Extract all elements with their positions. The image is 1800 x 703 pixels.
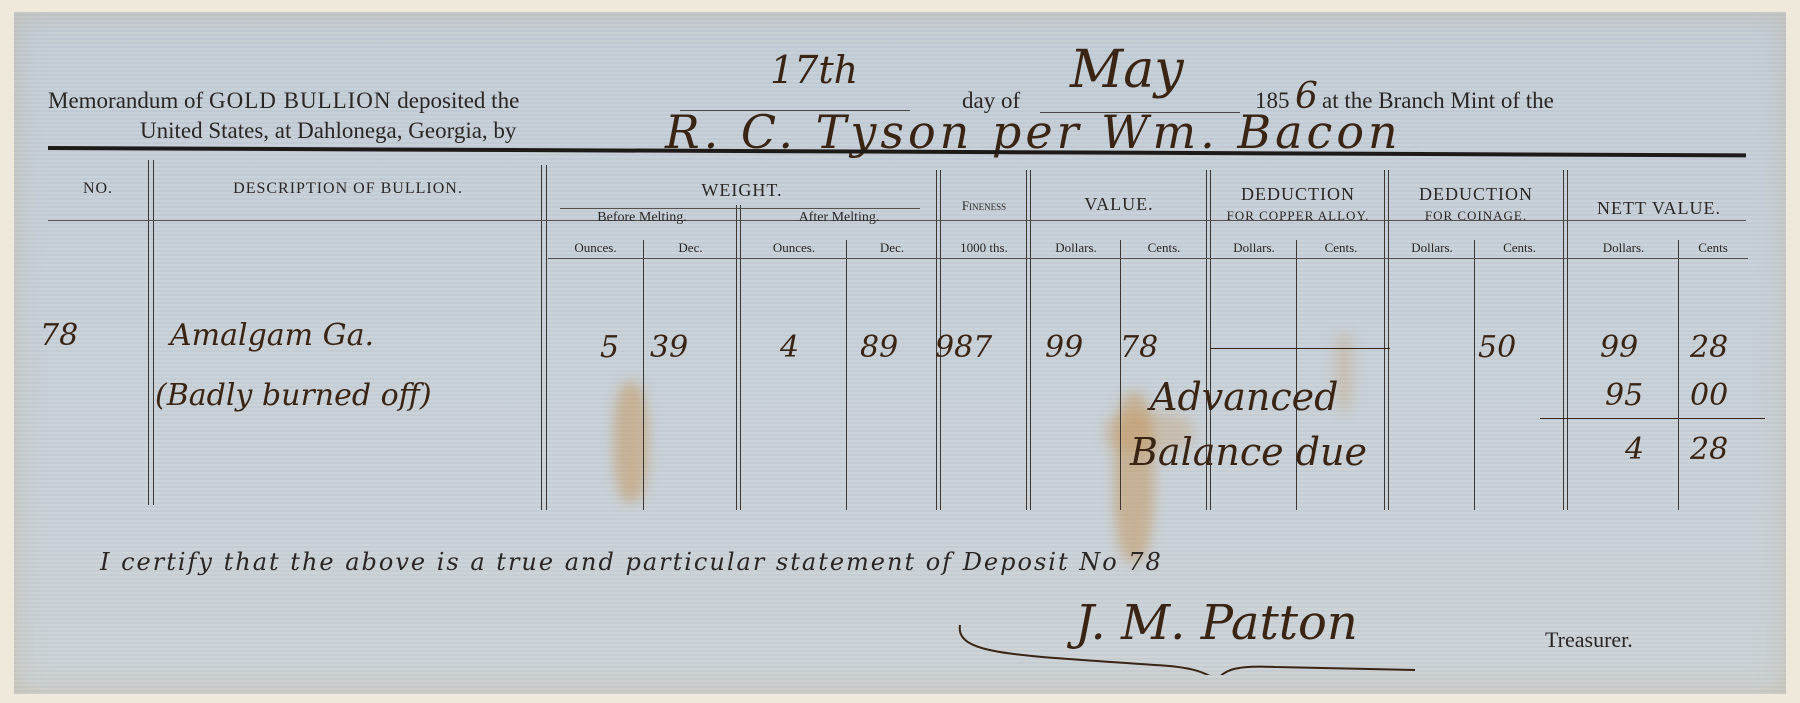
sub-copper-cents: Cents. — [1298, 240, 1384, 256]
deposit-number: 78 — [40, 318, 78, 353]
nett-cents: 28 — [1690, 330, 1728, 365]
title-suffix: deposited the — [397, 88, 519, 113]
description-line-1: Amalgam Ga. — [170, 318, 374, 353]
signature-flourish-icon — [955, 615, 1475, 675]
sum-rule — [1540, 418, 1765, 419]
certification-text: I certify that the above is a true and p… — [100, 548, 1163, 576]
header-deduction-copper: DEDUCTION — [1212, 184, 1384, 205]
column-line — [846, 240, 847, 510]
balance-cents: 28 — [1690, 432, 1728, 467]
header-deduction-coinage-sub: FOR COINAGE. — [1390, 208, 1562, 224]
header-after-melting: After Melting. — [742, 210, 936, 226]
header-fineness: Fineness — [942, 198, 1026, 214]
title-line-2: United States, at Dahlonega, Georgia, by — [140, 118, 516, 144]
header-deduction-coinage: DEDUCTION — [1390, 184, 1562, 205]
advanced-rule — [1210, 348, 1390, 349]
header-before-melting: Before Melting. — [548, 210, 736, 226]
sub-ounces-after: Ounces. — [742, 240, 846, 256]
column-line — [541, 165, 542, 510]
advanced-label: Advanced — [1150, 375, 1338, 419]
advanced-dollars: 95 — [1605, 378, 1643, 413]
advanced-cents: 00 — [1690, 378, 1728, 413]
sub-value-cents: Cents. — [1122, 240, 1206, 256]
column-line — [153, 160, 154, 505]
column-line — [1384, 170, 1385, 510]
fineness-value: 987 — [935, 330, 992, 365]
sub-copper-dollars: Dollars. — [1212, 240, 1296, 256]
title-prefix: Memorandum of — [48, 88, 203, 113]
column-line — [1563, 170, 1564, 510]
column-line — [1388, 170, 1389, 510]
balance-dollars: 4 — [1625, 432, 1644, 467]
sub-value-dollars: Dollars. — [1032, 240, 1120, 256]
title-line-1: Memorandum of GOLD BULLION deposited the — [48, 88, 519, 114]
nett-dollars: 99 — [1600, 330, 1638, 365]
value-dollars: 99 — [1045, 330, 1083, 365]
before-dec: 39 — [650, 330, 688, 365]
deposit-month: May — [1070, 40, 1184, 100]
column-line — [1120, 240, 1121, 510]
sub-nett-dollars: Dollars. — [1569, 240, 1678, 256]
header-deduction-copper-sub: FOR COPPER ALLOY. — [1212, 208, 1384, 224]
sub-dec-after: Dec. — [848, 240, 936, 256]
column-line — [1030, 170, 1031, 510]
coinage-cents: 50 — [1478, 330, 1516, 365]
sub-coinage-cents: Cents. — [1476, 240, 1563, 256]
column-line — [148, 160, 149, 505]
header-no: NO. — [48, 180, 148, 198]
column-line — [1474, 240, 1475, 510]
after-dec: 89 — [860, 330, 898, 365]
header-weight: WEIGHT. — [548, 180, 936, 201]
column-line — [1678, 240, 1679, 510]
subheader-underline — [548, 258, 1748, 259]
description-line-2: (Badly burned off) — [155, 378, 432, 413]
column-line — [1567, 170, 1568, 510]
sub-ounces-before: Ounces. — [548, 240, 643, 256]
after-ounces: 4 — [780, 330, 799, 365]
sub-dec-before: Dec. — [645, 240, 736, 256]
column-line — [736, 205, 737, 510]
treasurer-title: Treasurer. — [1545, 627, 1633, 653]
sub-fineness-unit: 1000 ths. — [942, 240, 1026, 256]
header-value: VALUE. — [1032, 194, 1206, 215]
weight-divider — [560, 208, 920, 209]
column-line — [546, 165, 547, 510]
column-line — [740, 205, 741, 510]
header-nett-value: NETT VALUE. — [1569, 198, 1749, 219]
balance-label: Balance due — [1130, 430, 1367, 474]
before-ounces: 5 — [600, 330, 619, 365]
header-description: DESCRIPTION OF BULLION. — [155, 180, 541, 198]
sub-coinage-dollars: Dollars. — [1390, 240, 1474, 256]
sub-nett-cents: Cents — [1680, 240, 1746, 256]
column-line — [643, 240, 644, 510]
value-cents: 78 — [1120, 330, 1158, 365]
column-line — [1026, 170, 1027, 510]
deposit-day: 17th — [770, 48, 858, 92]
title-gold-bullion: GOLD BULLION — [209, 88, 392, 113]
